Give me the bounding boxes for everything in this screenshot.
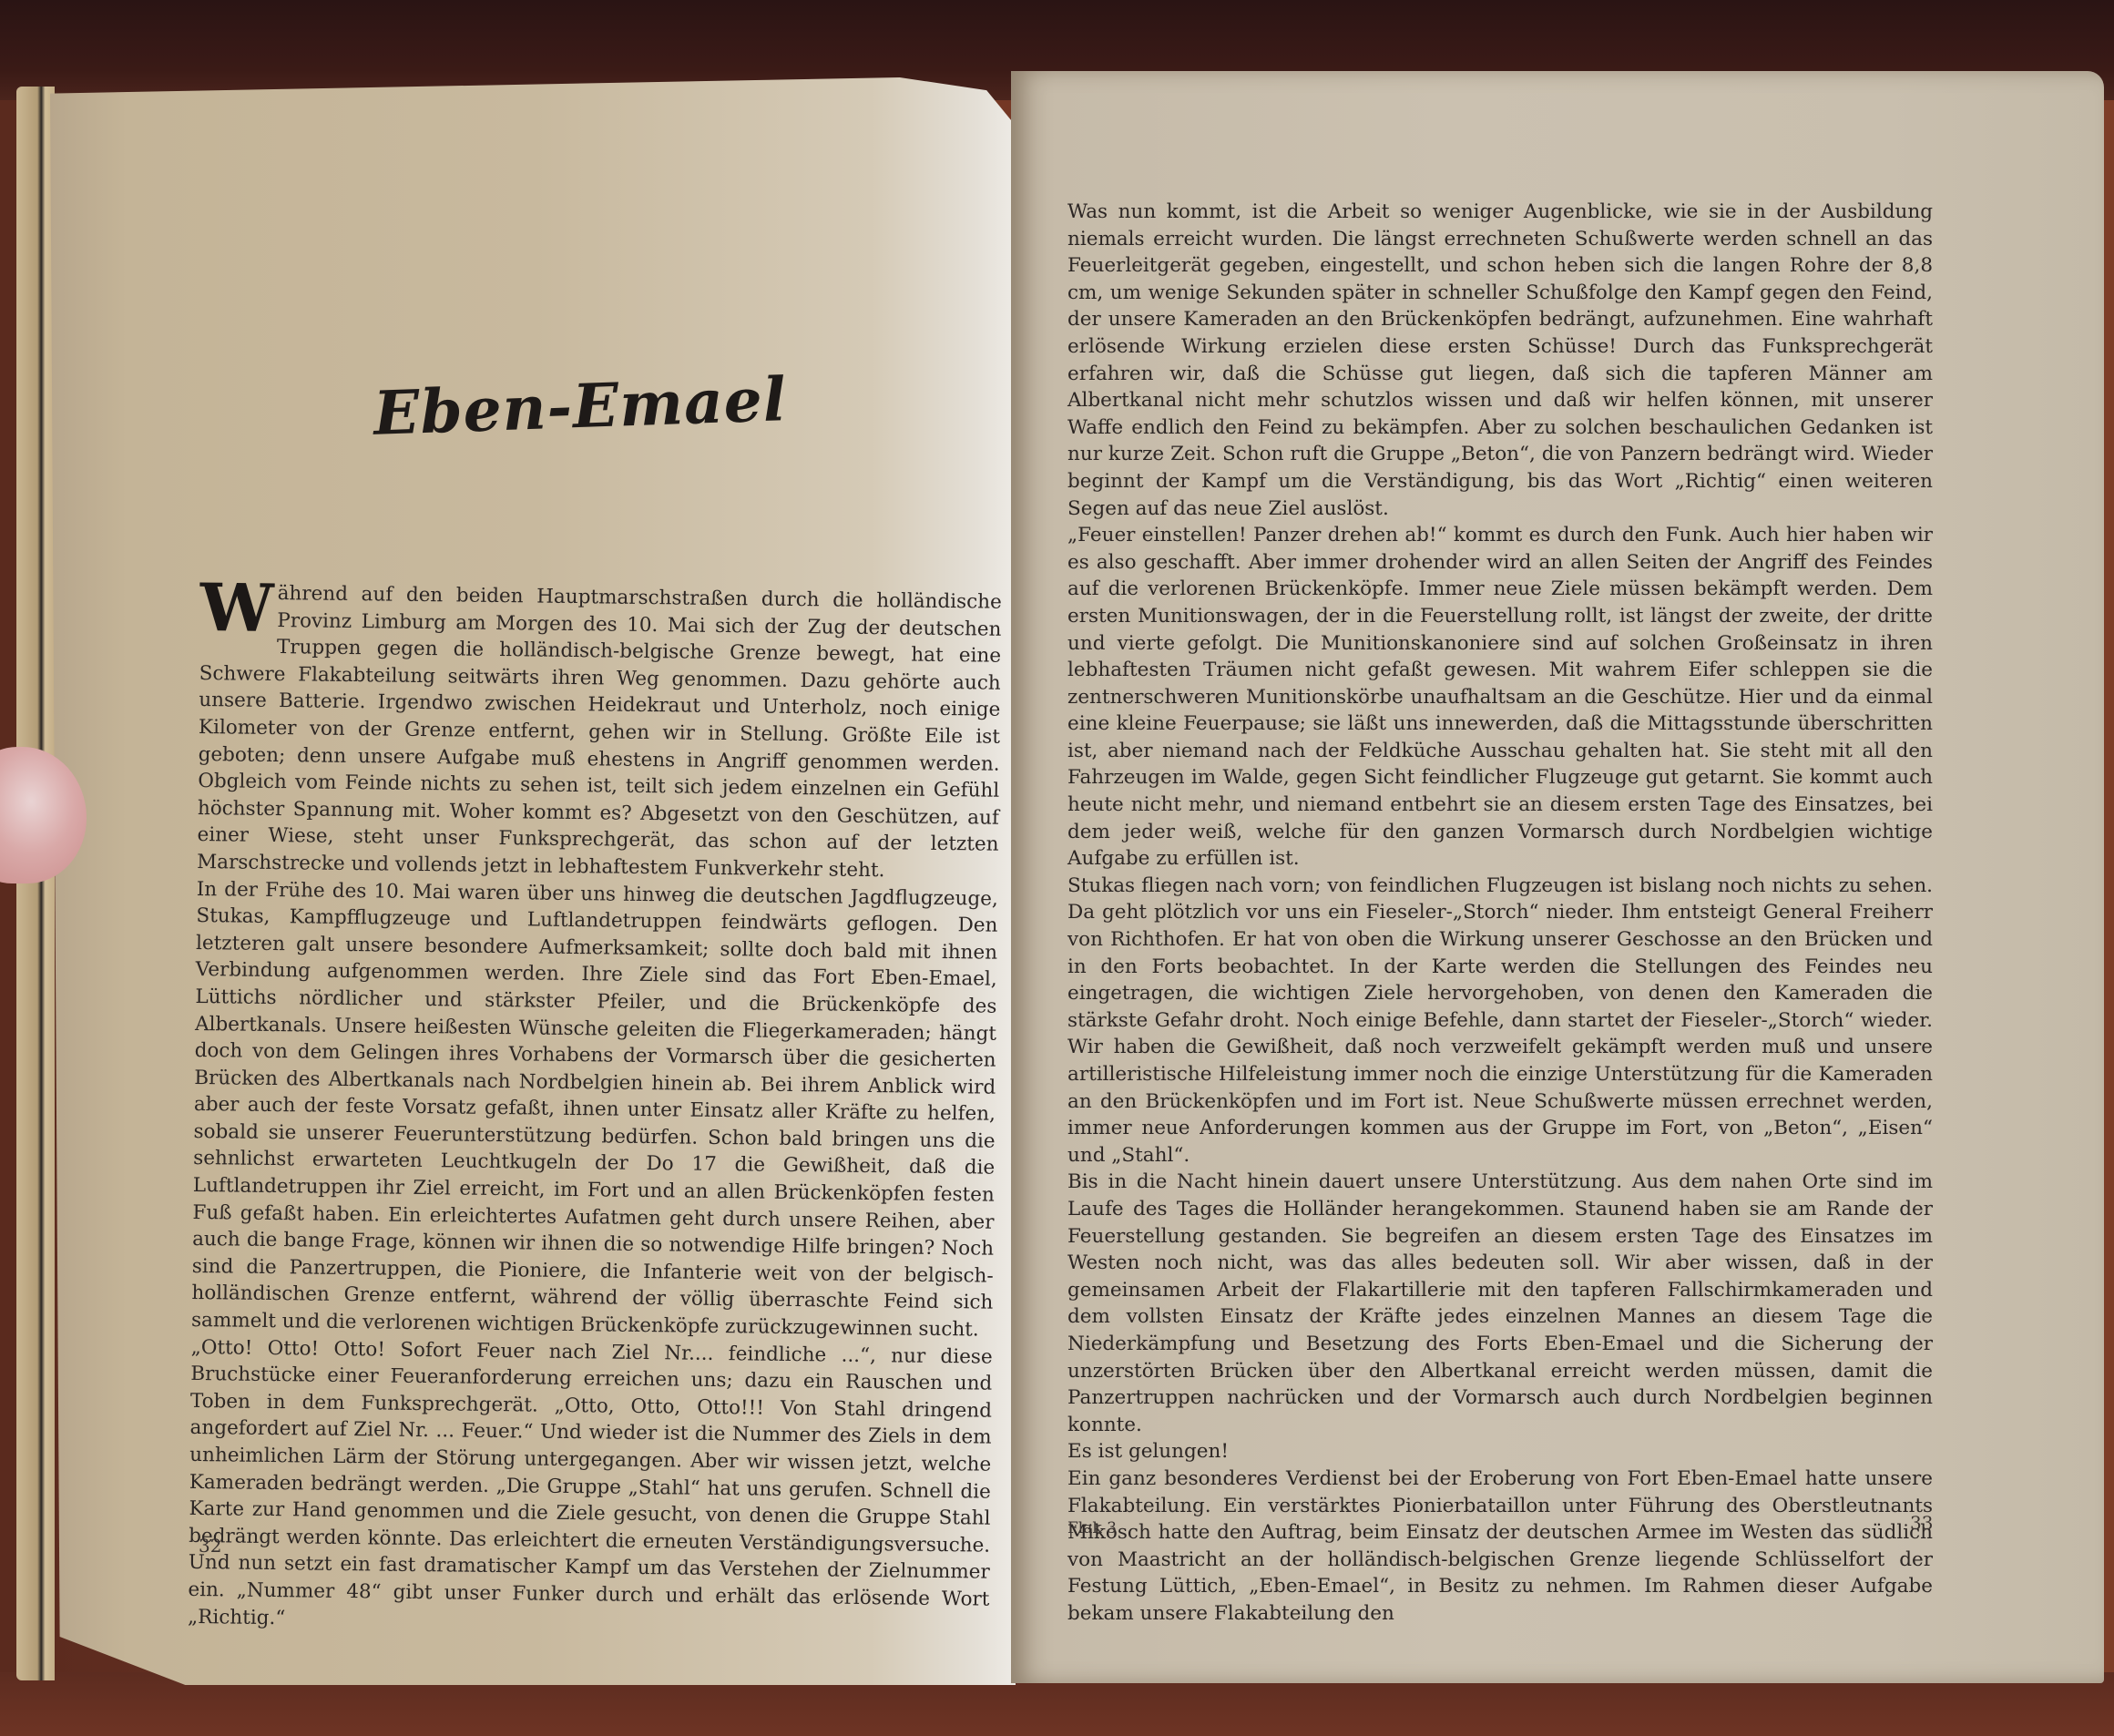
chapter-title: Eben-Emael (373, 363, 788, 449)
paragraph: Während auf den beiden Hauptmarschstraße… (197, 579, 1002, 885)
paragraph: „Otto! Otto! Otto! Sofort Feuer nach Zie… (188, 1334, 993, 1640)
paragraph: In der Frühe des 10. Mai waren über uns … (191, 876, 998, 1344)
signature-mark: Flak 3 (1067, 1519, 1117, 1537)
paragraph: Bis in die Nacht hinein dauert unsere Un… (1067, 1169, 1933, 1438)
paragraph: „Feuer einstellen! Panzer drehen ab!“ ko… (1067, 522, 1933, 873)
paragraph: Ein ganz besonderes Verdienst bei der Er… (1067, 1465, 1933, 1628)
right-page-body: Was nun kommt, ist die Arbeit so weniger… (1067, 199, 1933, 1627)
paragraph: Es ist gelungen! (1067, 1438, 1933, 1465)
paragraph-text: ährend auf den beiden Hauptmarschstraßen… (197, 582, 1002, 882)
page-number-left: 32 (199, 1535, 221, 1557)
paragraph: Was nun kommt, ist die Arbeit so weniger… (1067, 199, 1933, 522)
paragraph: Stukas fliegen nach vorn; von feindliche… (1067, 873, 1933, 1169)
left-page-body: Während auf den beiden Hauptmarschstraße… (188, 579, 1002, 1640)
book-page-edges (16, 87, 55, 1680)
drop-cap: W (199, 581, 274, 635)
page-number-right: 33 (1910, 1512, 1933, 1534)
